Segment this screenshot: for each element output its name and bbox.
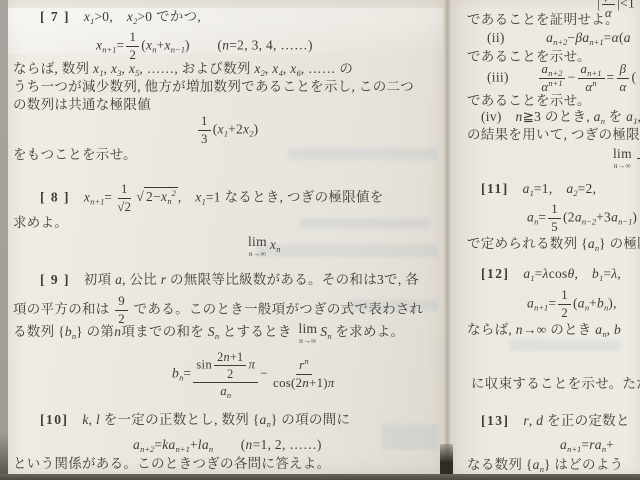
subscript: n xyxy=(602,329,606,339)
math-variable: a xyxy=(588,236,595,251)
subscript: n xyxy=(179,372,183,382)
subscript: n xyxy=(602,444,606,454)
math-variable: k xyxy=(82,412,88,427)
subscript: n+1 xyxy=(176,444,190,454)
subscript: n xyxy=(601,116,605,126)
math-variable: b xyxy=(65,324,72,339)
photo-bottom-edge xyxy=(0,474,640,480)
math-variable: a xyxy=(133,437,140,452)
math-variable: β xyxy=(620,62,627,76)
limit-operator: limn→∞ xyxy=(613,147,632,169)
problem-12-header: [12] a1=λcosθ, b1=λ, xyxy=(481,266,621,283)
subscript: n−1 xyxy=(618,216,632,226)
subscript: 2 xyxy=(261,68,265,78)
problem-9-formula: bn=sin2n+12πan−rncos(2n+1)π xyxy=(172,350,340,399)
problem-7-text-2: うち一つが減少数列, 他方が増加数列であることを示し, この二つ xyxy=(13,79,414,96)
problem-number: [ 9 ] xyxy=(40,272,70,287)
radical: √2−xn2 xyxy=(136,189,177,204)
math-variable: n xyxy=(302,376,309,390)
math-variable: a xyxy=(595,437,602,452)
subscript: n−1 xyxy=(171,44,185,54)
problem-number: [12] xyxy=(481,266,510,281)
math-variable: a xyxy=(260,412,267,427)
problem-8-limit: limn→∞xn xyxy=(245,235,280,257)
limit-fragment: limn→∞anαn xyxy=(610,142,640,175)
problem-number: [ 7 ] xyxy=(40,9,70,24)
subscript: 1 xyxy=(633,116,637,126)
subscript: 1 xyxy=(530,188,534,198)
subscript: 1 xyxy=(530,273,534,283)
math-variable: a xyxy=(527,295,534,310)
problem-11-text: で定められる数列 {an} の極限値 xyxy=(467,236,640,253)
problem-7-limit-value: 13(x1+2x2) xyxy=(196,114,258,147)
subscript: n xyxy=(534,216,538,226)
subscript: 4 xyxy=(279,68,283,78)
subscript: n xyxy=(540,464,544,474)
item-ii: (ii) an+2−βan+1=α(a xyxy=(487,30,631,47)
subscript: n−2 xyxy=(582,216,596,226)
math-variable: π xyxy=(248,357,255,371)
subscript: n xyxy=(227,390,231,400)
math-variable: λ xyxy=(543,266,549,281)
problem-10-header: [10] k, l を一定の正数とし, 数列 {an} の項の間に xyxy=(40,412,350,429)
problem-10-text: という関係がある。このときつぎの各問に答えよ。 xyxy=(13,456,330,473)
fraction: 1√2 xyxy=(114,182,134,215)
problem-12-text-2: に収束することを示せ。ただ xyxy=(471,376,640,393)
fraction: rncos(2n+1)π xyxy=(270,358,338,391)
math-variable: π xyxy=(328,376,335,390)
subscript: 5 xyxy=(135,68,139,78)
show-text-2: であることを示せ。 xyxy=(467,93,591,110)
subscript: n xyxy=(72,331,76,341)
prove-text: であることを証明せよ。 xyxy=(467,12,619,29)
superscript: 2 xyxy=(172,188,176,198)
problem-number: [13] xyxy=(481,413,510,428)
bleed-through-mark xyxy=(288,148,438,160)
bleed-through-mark xyxy=(256,244,438,257)
math-variable: n xyxy=(222,37,229,52)
subscript: 1 xyxy=(99,68,103,78)
bleed-through-mark xyxy=(300,218,430,229)
bleed-through-mark xyxy=(382,424,438,450)
subscript: n+1 xyxy=(102,44,116,54)
subscript: 1 xyxy=(224,128,228,138)
problem-7-text-1: ならば, 数列 x1, x3, x5, ……, および数列 x2, x4, x6… xyxy=(13,61,353,78)
subscript: 1 xyxy=(202,196,206,206)
math-variable: r xyxy=(161,272,167,287)
math-variable: a xyxy=(523,181,530,196)
fraction: 13 xyxy=(198,114,211,147)
problem-7-header: [ 7 ] x1>0, x2>0 でかつ, xyxy=(40,9,201,26)
problem-8-header: [ 8 ] xn+1=1√2√2−xn2, x1=1 なるとき, つぎの極限値を xyxy=(40,182,384,215)
math-variable: a xyxy=(533,457,540,472)
subscript: 2 xyxy=(133,16,137,26)
subscript: 1 xyxy=(90,16,94,26)
math-variable: S xyxy=(208,324,215,339)
fraction: 2n+12 xyxy=(214,350,246,381)
problem-8-text: 求めよ。 xyxy=(13,215,68,232)
problem-12-text-1: ならば, n→∞ のとき an, b xyxy=(467,322,621,339)
subscript: n+1 xyxy=(567,444,581,454)
fraction: an+1αn xyxy=(578,62,605,95)
math-variable: d xyxy=(536,413,543,428)
fraction: an+2αn+1 xyxy=(538,62,565,95)
math-variable: r xyxy=(523,413,529,428)
fraction: sin2n+12πan xyxy=(193,350,258,399)
math-variable: n xyxy=(223,350,229,364)
subscript: n xyxy=(209,444,213,454)
subscript: n+2 xyxy=(553,37,567,47)
problem-13-header: [13] r, d を正の定数と xyxy=(481,413,630,430)
page-gutter xyxy=(443,0,453,475)
book-photo: [ 7 ] x1>0, x2>0 でかつ,xn+1=12(xn+xn−1) (n… xyxy=(0,0,640,480)
fraction: 12 xyxy=(126,30,139,63)
subscript: n+1 xyxy=(589,37,603,47)
math-variable: θ xyxy=(568,266,575,281)
math-variable: a xyxy=(202,437,209,452)
binding-shadow xyxy=(440,444,453,475)
math-variable: b xyxy=(597,295,604,310)
limit-operator: limn→∞ xyxy=(248,235,267,257)
subscript: n xyxy=(585,302,589,312)
math-variable: n xyxy=(246,437,253,452)
problem-9-text-2: る数列 {bn} の第n項までの和を Sn とするとき limn→∞Sn を求め… xyxy=(13,322,404,344)
math-variable: α xyxy=(619,80,626,94)
subscript: n xyxy=(267,419,271,429)
subscript: n xyxy=(152,44,156,54)
superscript: n xyxy=(592,78,596,88)
math-variable: a xyxy=(169,437,176,452)
subscript: n xyxy=(604,302,608,312)
math-variable: a xyxy=(527,209,534,224)
superscript: n+1 xyxy=(548,78,562,88)
math-variable: a xyxy=(624,30,631,45)
math-variable: a xyxy=(220,384,227,398)
superscript: n xyxy=(304,356,308,366)
bleed-through-mark xyxy=(510,340,620,351)
problem-7-text-3: の数列は共通な極限値 xyxy=(13,97,151,114)
subscript: n xyxy=(327,331,331,341)
subscript: 2 xyxy=(249,128,253,138)
problem-9-header: [ 9 ] 初項 a, 公比 r の無限等比級数がある。その和は3で, 各 xyxy=(40,272,419,289)
subscript: n xyxy=(276,244,280,254)
subscript: n xyxy=(215,331,219,341)
math-variable: β xyxy=(605,0,612,2)
fraction: 12 xyxy=(558,288,571,321)
subscript: 3 xyxy=(117,68,121,78)
problem-10-recurrence: an+2=kan+1+lan (n=1, 2, ……) xyxy=(133,437,322,454)
problem-12-recurrence: an+1=12(an+bn), xyxy=(527,288,617,321)
math-variable: n xyxy=(516,109,523,124)
problem-7-text-4: をもつことを示せ。 xyxy=(13,147,137,164)
item-iii: (iii) an+2αn+1−an+1αn=βα( xyxy=(487,62,636,95)
problem-11-recurrence: an=15(2an−2+3an−1) xyxy=(527,202,637,235)
problem-number: [ 8 ] xyxy=(40,189,70,204)
math-variable: a xyxy=(575,209,582,224)
fraction: βα xyxy=(616,62,629,95)
math-variable: λ xyxy=(611,266,617,281)
math-variable: α xyxy=(612,30,619,45)
subscript: n xyxy=(595,243,599,253)
math-variable: a xyxy=(594,109,601,124)
problem-13-recurrence: an+1=ran+ xyxy=(560,437,614,454)
subscript: n+1 xyxy=(90,196,104,206)
math-variable: b xyxy=(614,322,621,337)
subscript: n+1 xyxy=(587,68,601,78)
subscript: n+2 xyxy=(140,444,154,454)
math-variable: l xyxy=(96,412,100,427)
math-variable: a xyxy=(578,295,585,310)
math-variable: n xyxy=(516,322,523,337)
subscript: 6 xyxy=(296,68,300,78)
math-variable: n xyxy=(114,324,121,339)
fraction: 15 xyxy=(548,202,561,235)
problem-number: [10] xyxy=(40,412,69,427)
math-variable: a xyxy=(560,437,567,452)
subscript: n+2 xyxy=(548,68,562,78)
limit-operator: limn→∞ xyxy=(298,322,317,344)
item-iv: (iv) n≧3 のとき, an を a1, xyxy=(481,109,640,126)
subscript: n+1 xyxy=(534,302,548,312)
math-variable: a xyxy=(115,272,122,287)
math-variable: b xyxy=(172,365,179,380)
subscript: 1 xyxy=(599,273,603,283)
problem-number: [11] xyxy=(481,181,509,196)
problem-13-text: なる数列 {an} はどのよう xyxy=(467,457,623,474)
subscript: 2 xyxy=(573,188,577,198)
problem-11-header: [11] a1=1, a2=2, xyxy=(481,181,596,198)
problem-7-recurrence: xn+1=12(xn+xn−1) (n=2, 3, 4, ……) xyxy=(96,30,313,63)
